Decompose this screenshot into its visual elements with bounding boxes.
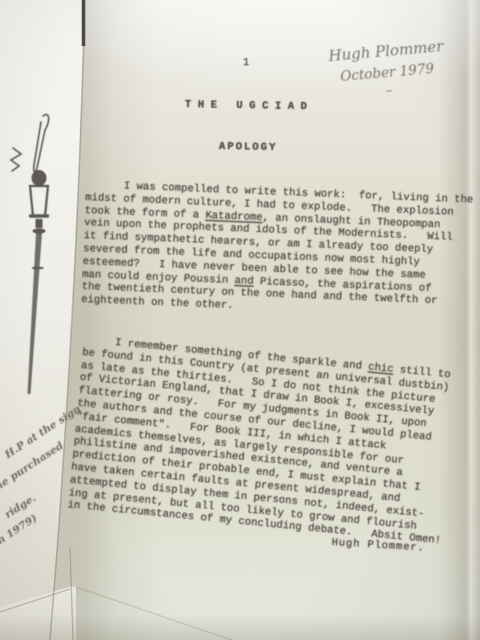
section-heading: APOLOGY	[219, 141, 278, 155]
typed-page-content: 1 THE UGCIAD APOLOGY I was compelled to …	[0, 0, 480, 640]
book-title: THE UGCIAD	[185, 99, 314, 114]
book-photo: H.P at the sign he purchased ridge. n 19…	[0, 0, 480, 640]
paragraph-2: I remember something of the sparkle and …	[67, 334, 458, 548]
paragraph-1: I was compelled to write this work: for,…	[81, 179, 474, 322]
underlined-word: and	[234, 275, 254, 288]
underlined-word: chic	[368, 361, 394, 375]
page-number: 1	[243, 57, 250, 70]
